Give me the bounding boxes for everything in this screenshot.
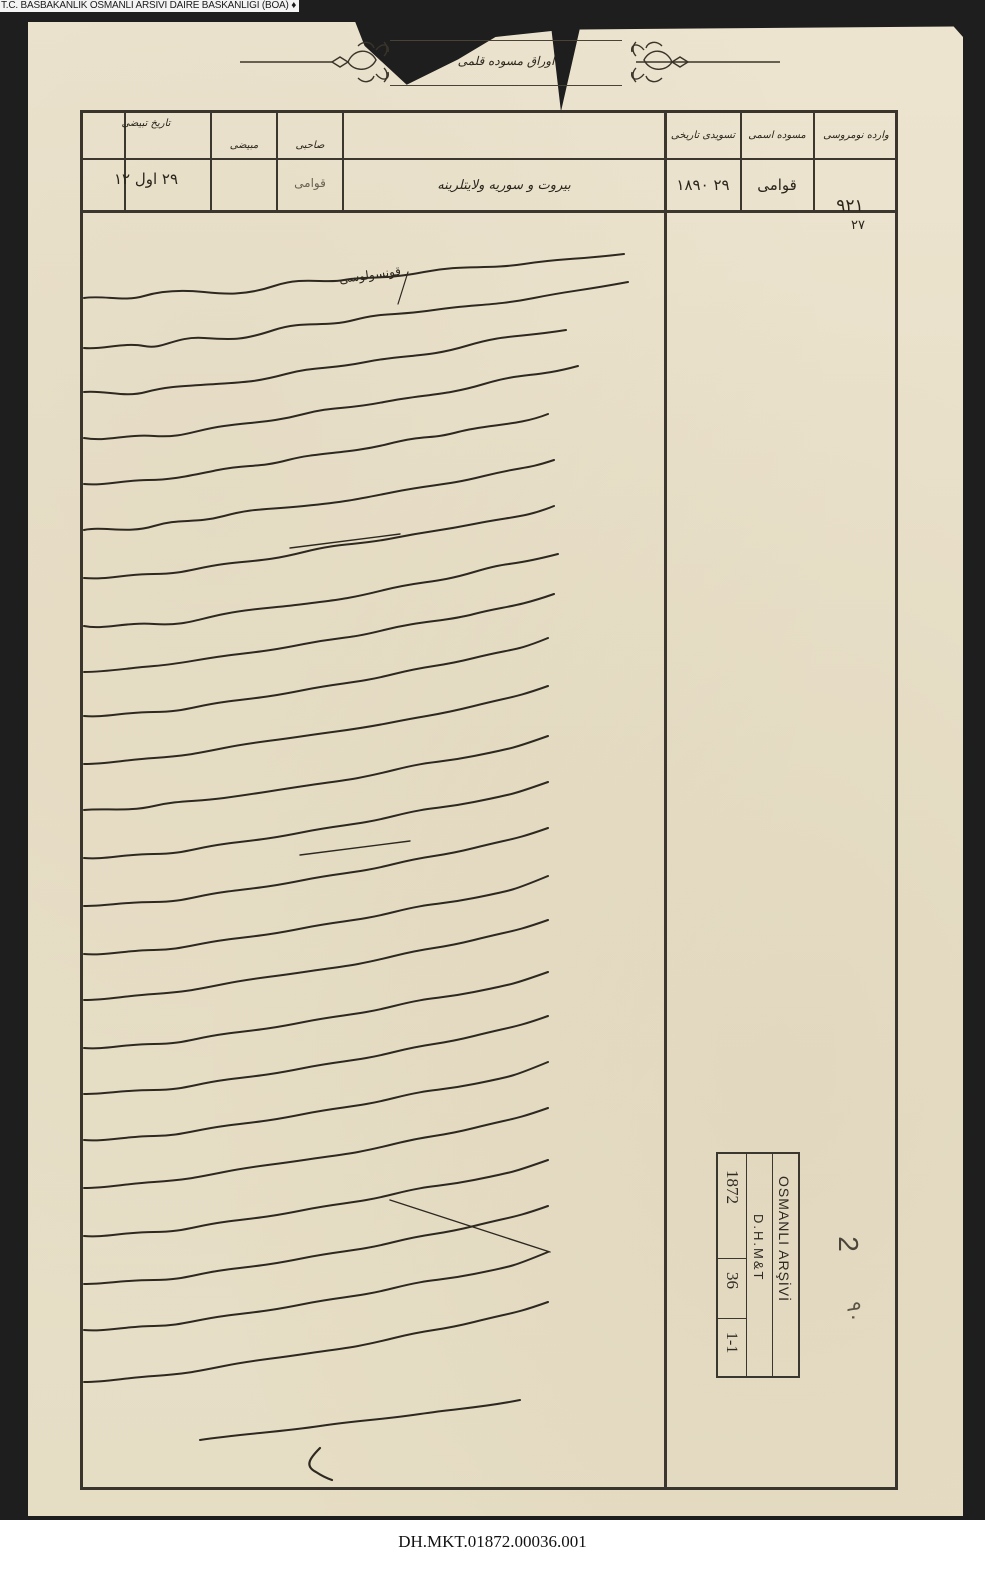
page-number-note: 2 xyxy=(832,1236,864,1252)
body-column-divider xyxy=(664,112,667,1488)
header-col-divider xyxy=(276,112,278,210)
header-label-draft-name: مسوده اسمی xyxy=(742,130,812,141)
stamp-fond: D.H.M&T xyxy=(751,1214,766,1281)
addressee-value: بيروت و سوريه ولايتلرينه xyxy=(346,178,662,193)
header-label-fair-copy-date: تاریخ تبیضی xyxy=(84,118,208,129)
draft-date-value: ٢٩ ١۸٩٠ xyxy=(668,176,738,194)
header-col-divider xyxy=(210,112,212,210)
header-col-divider xyxy=(740,112,742,210)
stamp-item: 1-1 xyxy=(722,1332,740,1353)
archive-stamp: OSMANLI ARŞİVİ D.H.M&T 1872 36 1-1 xyxy=(716,1152,800,1378)
fair-copy-date-value: ٢٩ اول ١٢ xyxy=(84,170,208,188)
header-row-divider xyxy=(82,158,896,160)
stamp-divider xyxy=(718,1318,746,1319)
header-label-fair-copy: مبیضی xyxy=(214,140,274,151)
owner-value: قوامی xyxy=(280,176,340,190)
banner-title: اوراق مسوده قلمی xyxy=(400,50,612,72)
header-label-owner: صاحبی xyxy=(280,140,340,151)
stamp-title: OSMANLI ARŞİVİ xyxy=(776,1176,792,1302)
reference-code: DH.MKT.01872.00036.001 xyxy=(0,1532,985,1552)
stamp-folder: 36 xyxy=(722,1272,742,1289)
archive-caption: T.C. BASBAKANLIK OSMANLI ARSIVI DAIRE BA… xyxy=(0,0,299,12)
header-label-draft-date: تسویدی تاریخی xyxy=(668,130,738,141)
incoming-number-value: ٩٢١ xyxy=(815,196,885,216)
draft-name-value: قوامی xyxy=(742,176,812,194)
header-banner: اوراق مسوده قلمی xyxy=(240,36,780,96)
header-bottom-border xyxy=(82,210,896,213)
header-label-incoming-number: وارده نومروسی xyxy=(815,130,897,141)
stamp-dossier: 1872 xyxy=(722,1170,742,1204)
incoming-sub-number: ٢٧ xyxy=(828,218,888,233)
stamp-divider xyxy=(718,1258,746,1259)
pencil-mark-note: ٩٠ xyxy=(843,1301,867,1322)
header-col-divider xyxy=(342,112,344,210)
